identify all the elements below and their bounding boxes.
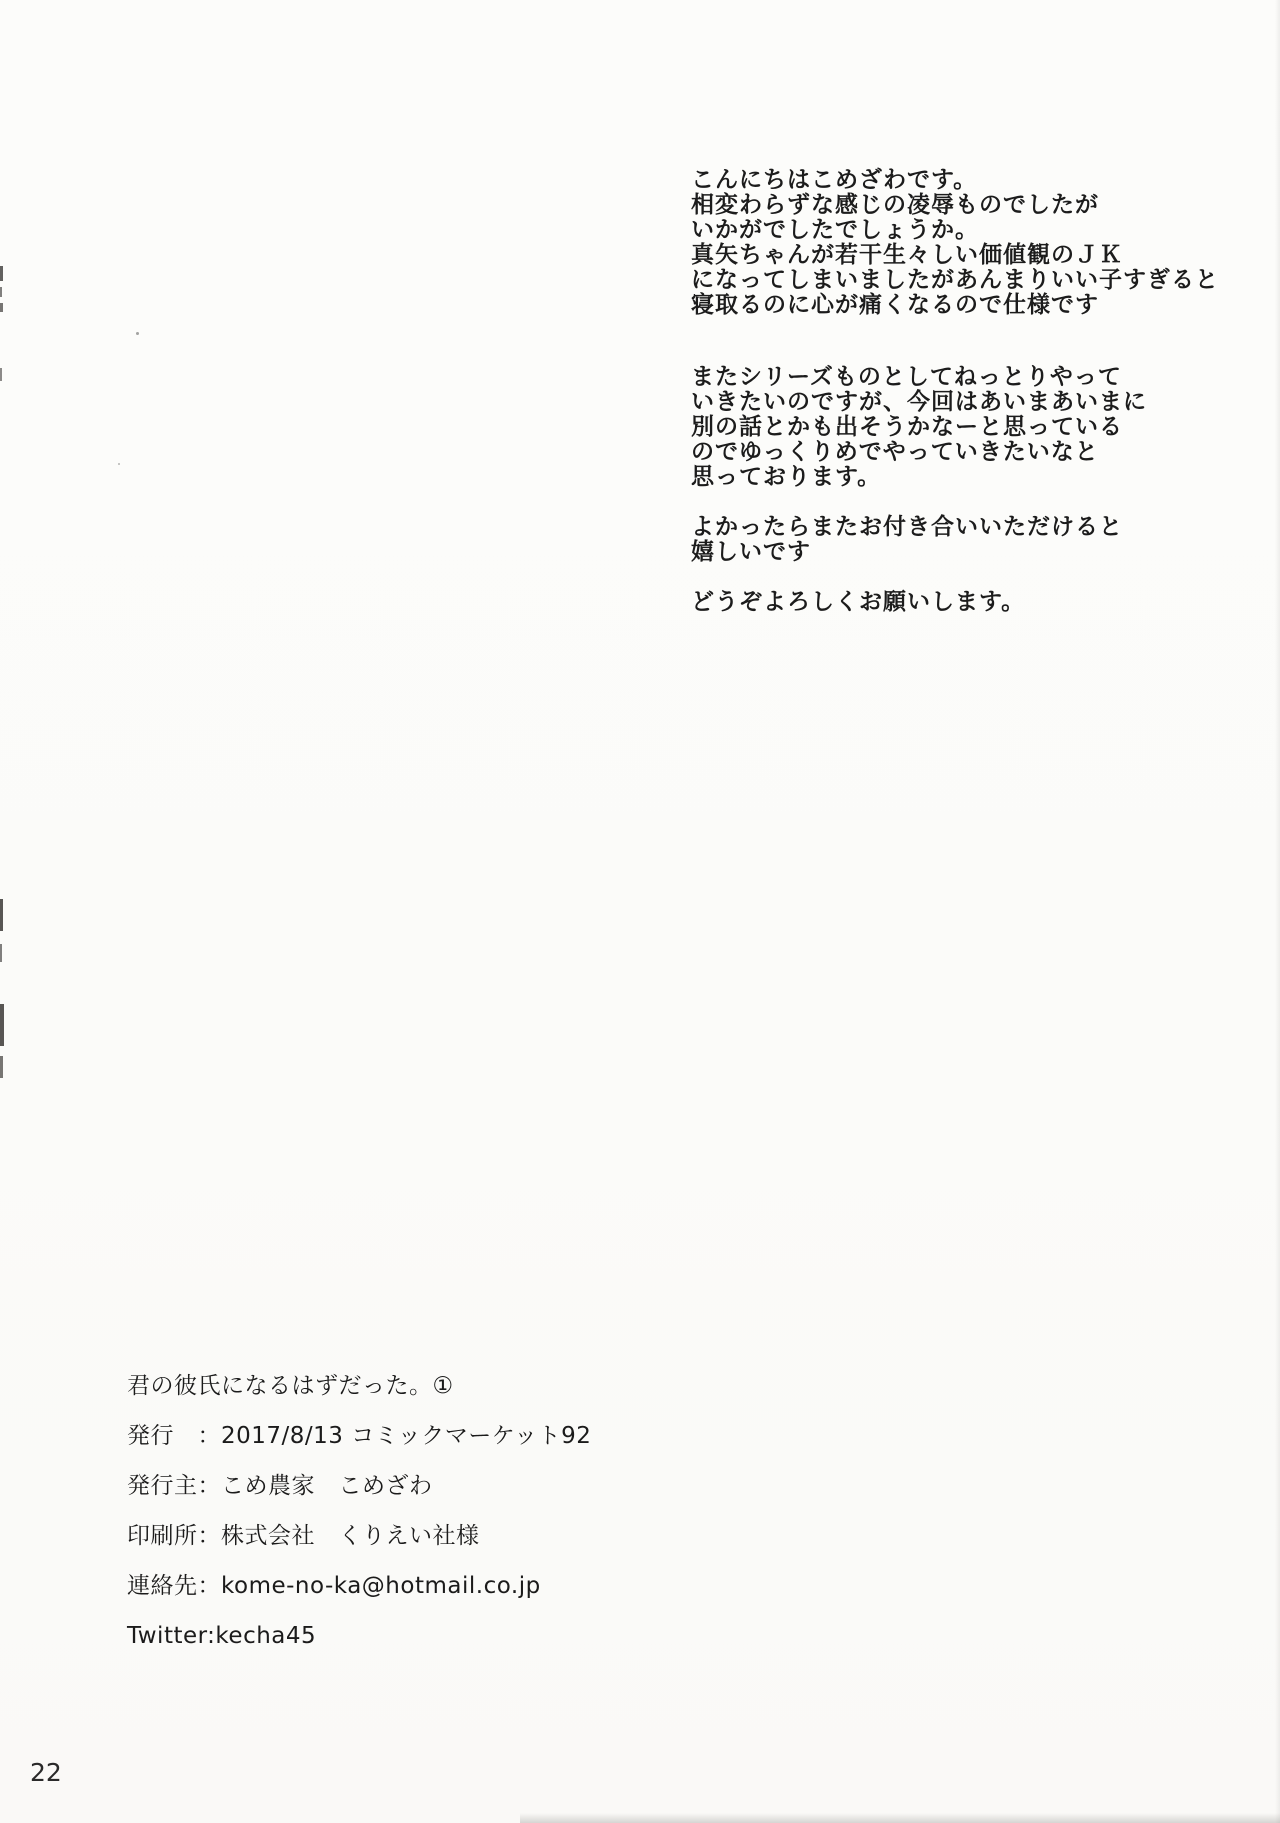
afterword-line: どうぞよろしくお願いします。 bbox=[691, 589, 1219, 614]
afterword-line: いかがでしたでしょうか。 bbox=[691, 217, 1219, 242]
scan-speck-artifact bbox=[136, 332, 139, 335]
afterword-line: のでゆっくりめでやっていきたいなと bbox=[691, 439, 1219, 464]
colophon-twitter: Twitter:kecha45 bbox=[127, 1624, 591, 1648]
scan-edge-artifact bbox=[0, 303, 3, 312]
afterword-line: 寝取るのに心が痛くなるので仕様です bbox=[691, 292, 1219, 317]
afterword-line: 嬉しいです bbox=[691, 539, 1219, 564]
book-title: 君の彼氏になるはずだった。① bbox=[127, 1374, 591, 1398]
afterword-paragraph: どうぞよろしくお願いします。 bbox=[691, 589, 1219, 614]
scan-edge-artifact bbox=[0, 287, 2, 297]
afterword-line: いきたいのですが、今回はあいまあいまに bbox=[691, 389, 1219, 414]
scan-bottom-edge-shadow bbox=[520, 1813, 1280, 1823]
afterword-line: こんにちはこめざわです。 bbox=[691, 167, 1219, 192]
colophon-publisher: 発行主：こめ農家 こめざわ bbox=[127, 1474, 591, 1498]
afterword-line: 思っております。 bbox=[691, 464, 1219, 489]
scan-edge-artifact bbox=[0, 1056, 3, 1078]
colophon-block: 君の彼氏になるはずだった。① 発行 ：2017/8/13 コミックマーケット92… bbox=[127, 1374, 591, 1674]
afterword-paragraph: こんにちはこめざわです。 相変わらずな感じの凌辱ものでしたが いかがでしたでしょ… bbox=[691, 167, 1219, 317]
scan-edge-artifact bbox=[0, 944, 2, 962]
colophon-printer: 印刷所：株式会社 くりえい社様 bbox=[127, 1524, 591, 1548]
page-number: 22 bbox=[30, 1758, 62, 1787]
scan-edge-artifact bbox=[0, 899, 3, 931]
scan-edge-artifact bbox=[0, 368, 2, 381]
afterword-line: またシリーズものとしてねっとりやって bbox=[691, 364, 1219, 389]
scan-edge-artifact bbox=[0, 1004, 4, 1046]
scan-speck-artifact bbox=[118, 463, 120, 465]
afterword-paragraph: よかったらまたお付き合いいただけると 嬉しいです bbox=[691, 514, 1219, 564]
scan-edge-artifact bbox=[0, 266, 3, 281]
afterword-line: になってしまいましたがあんまりいい子すぎると bbox=[691, 267, 1219, 292]
afterword-line: 別の話とかも出そうかなーと思っている bbox=[691, 414, 1219, 439]
afterword-text-block: こんにちはこめざわです。 相変わらずな感じの凌辱ものでしたが いかがでしたでしょ… bbox=[691, 167, 1219, 614]
afterword-line: よかったらまたお付き合いいただけると bbox=[691, 514, 1219, 539]
scan-right-edge-shadow bbox=[1275, 0, 1280, 1823]
colophon-publish-date: 発行 ：2017/8/13 コミックマーケット92 bbox=[127, 1424, 591, 1448]
afterword-line: 真矢ちゃんが若干生々しい価値観のＪＫ bbox=[691, 242, 1219, 267]
afterword-line: 相変わらずな感じの凌辱ものでしたが bbox=[691, 192, 1219, 217]
colophon-contact-email: 連絡先：kome-no-ka@hotmail.co.jp bbox=[127, 1574, 591, 1598]
afterword-paragraph: またシリーズものとしてねっとりやって いきたいのですが、今回はあいまあいまに 別… bbox=[691, 364, 1219, 489]
scanned-page-background: こんにちはこめざわです。 相変わらずな感じの凌辱ものでしたが いかがでしたでしょ… bbox=[0, 0, 1280, 1823]
